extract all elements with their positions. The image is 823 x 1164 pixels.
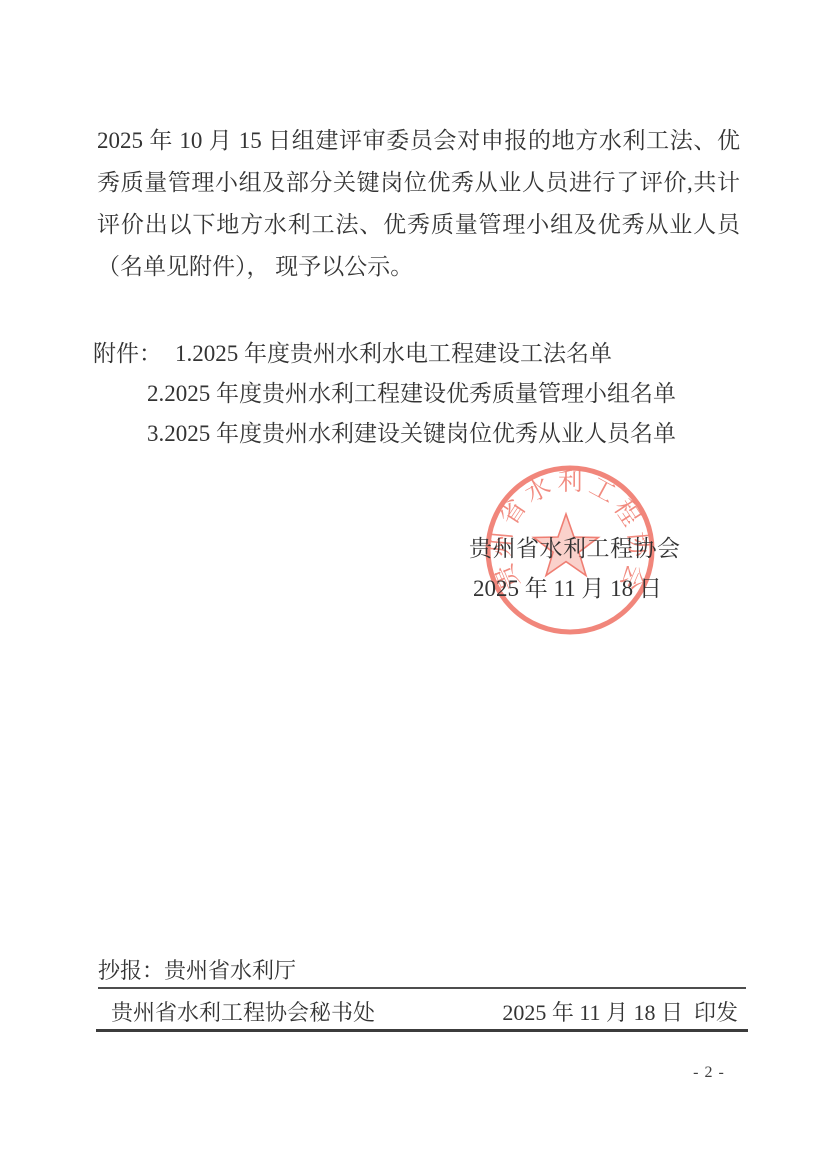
issuer-name: 贵州省水利工程协会秘书处 bbox=[111, 998, 375, 1028]
footer-rule-bottom bbox=[96, 1029, 748, 1032]
paragraph-line: 评价出以下地方水利工法、优秀质量管理小组及优秀从业人员 bbox=[97, 204, 740, 246]
copy-to-line: 抄报：贵州省水利厅 bbox=[98, 956, 746, 986]
paragraph-line: （名单见附件）， 现予以公示。 bbox=[97, 246, 740, 288]
page-number: - 2 - bbox=[685, 1062, 733, 1084]
signature-date: 2025 年 11 月 18 日 bbox=[473, 568, 683, 610]
issue-date: 2025 年 11 月 18 日 印发 bbox=[502, 998, 738, 1028]
attachment-item: 3.2025 年度贵州水利建设关键岗位优秀从业人员名单 bbox=[93, 414, 753, 454]
issuer-row: 贵州省水利工程协会秘书处 2025 年 11 月 18 日 印发 bbox=[98, 998, 746, 1028]
attachment-item: 1.2025 年度贵州水利水电工程建设工法名单 bbox=[175, 334, 612, 374]
scanned-document-page: { "body": { "paragraph_lines": [ "2025 年… bbox=[0, 0, 823, 1164]
footer-rule-top bbox=[98, 987, 746, 989]
attachments-label: 附件： bbox=[93, 334, 162, 374]
main-paragraph: 2025 年 10 月 15 日组建评审委员会对申报的地方水利工法、优 秀质量管… bbox=[97, 120, 740, 288]
attachments-list: 附件：1.2025 年度贵州水利水电工程建设工法名单 2.2025 年度贵州水利… bbox=[93, 334, 753, 454]
attachment-item: 2.2025 年度贵州水利工程建设优秀质量管理小组名单 bbox=[93, 374, 753, 414]
paragraph-line: 2025 年 10 月 15 日组建评审委员会对申报的地方水利工法、优 bbox=[97, 120, 740, 162]
attachment-row: 附件：1.2025 年度贵州水利水电工程建设工法名单 bbox=[93, 334, 753, 374]
paragraph-line: 秀质量管理小组及部分关键岗位优秀从业人员进行了评价,共计 bbox=[97, 162, 740, 204]
signature-org: 贵州省水利工程协会 bbox=[469, 528, 679, 570]
